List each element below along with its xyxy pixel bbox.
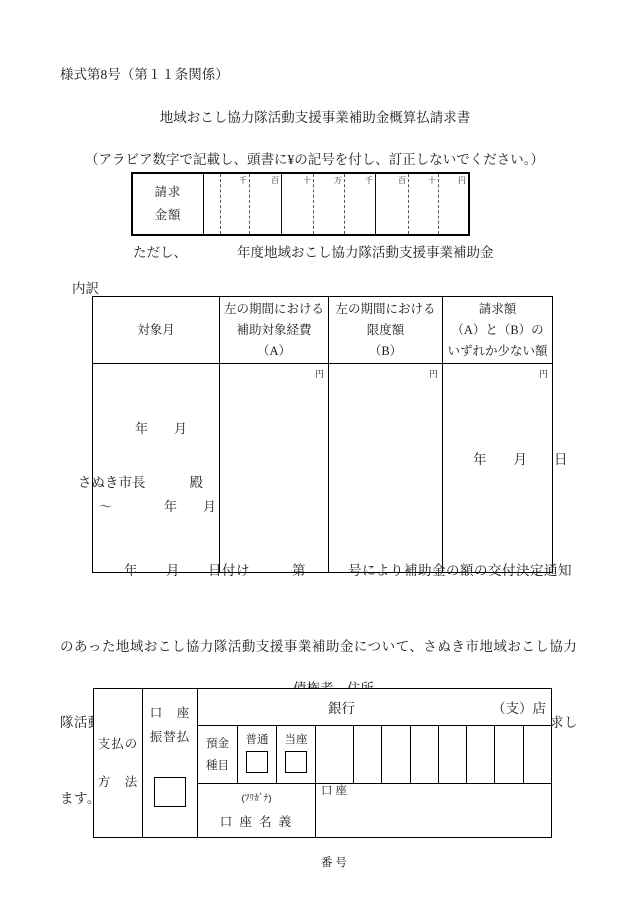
digit-unit-label: 万 (334, 175, 342, 186)
account-digit-cell[interactable] (495, 726, 523, 783)
current-checkbox[interactable] (285, 751, 307, 773)
transfer-label-line1: 口 座 (143, 701, 197, 725)
date-line: 年 月 日 (473, 448, 568, 468)
bank-details-section: 銀行 （支）店 預金 種目 普通 当座 口 座 番 号 (198, 689, 551, 837)
digit-unit-label: 十 (428, 175, 436, 186)
account-digit-cell[interactable] (354, 726, 382, 783)
transfer-checkbox[interactable] (154, 777, 186, 807)
method-label-line2: 方 法 (98, 763, 139, 801)
addressee-line: さぬき市長殿 (78, 471, 203, 491)
payment-method-table: 支払の 方 法 口 座 振替払 銀行 （支）店 預金 種目 普通 (93, 688, 552, 838)
addressee-name: さぬき市長 (78, 475, 146, 490)
amount-digit-cell[interactable]: 千 (344, 174, 375, 234)
addressee-honorific: 殿 (190, 475, 204, 490)
deposit-type-label: 預金 種目 (198, 726, 238, 783)
account-digit-cell[interactable] (439, 726, 467, 783)
transfer-label-line2: 振替払 (143, 725, 197, 749)
instruction-note: （アラビア数字で記載し、頭書に¥の記号を付し、訂正しないでください。） (85, 148, 544, 168)
account-transfer-column: 口 座 振替払 (143, 689, 198, 837)
account-name-label: 口 座 名 義 (198, 812, 315, 830)
ordinary-checkbox[interactable] (246, 751, 268, 773)
amount-digit-cell[interactable]: 万 (313, 174, 344, 234)
header-target-month: 対象月 (93, 297, 220, 364)
breakdown-section-label: 内訳 (72, 277, 99, 297)
account-digit-cell[interactable] (467, 726, 495, 783)
method-label-line1: 支払の (98, 725, 139, 763)
furigana-label: (ﾌﾘｶﾞﾅ) (198, 790, 315, 804)
account-no-line2: 番 号 (321, 851, 353, 875)
account-digit-cell[interactable] (411, 726, 439, 783)
request-form-document: 様式第8号（第１１条関係） 地域おこし協力隊活動支援事業補助金概算払請求書 （ア… (0, 0, 630, 903)
yen-unit-label: 円 (539, 367, 548, 380)
account-digit-cell[interactable] (524, 726, 551, 783)
branch-label: （支）店 (492, 697, 551, 717)
deposit-type-line2: 種目 (198, 755, 237, 777)
digit-unit-label: 千 (365, 175, 373, 186)
proviso-text: 年度地域おこし協力隊活動支援事業補助金 (237, 245, 494, 260)
ordinary-account-cell: 普通 (238, 726, 277, 783)
proviso-line: ただし、年度地域おこし協力隊活動支援事業補助金 (133, 241, 494, 261)
amount-digit-cell[interactable]: 千 (220, 174, 249, 234)
amount-digit-cell[interactable]: 百 (249, 174, 281, 234)
header-limit-amount: 左の期間における 限度額 （B） (329, 297, 443, 364)
digit-unit-label: 千 (239, 175, 247, 186)
amount-row-label: 請求 金額 (133, 174, 204, 234)
amount-label-line1: 請求 (154, 181, 181, 204)
page-title: 地域おこし協力隊活動支援事業補助金概算払請求書 (0, 106, 630, 126)
header-request-amount: 請求額 （A）と（B）の いずれか少ない額 (443, 297, 553, 364)
yen-unit-label: 円 (429, 367, 438, 380)
deposit-type-line1: 預金 (198, 733, 237, 755)
account-number-label: 口 座 番 号 (316, 726, 354, 783)
current-label: 当座 (277, 731, 315, 747)
digit-unit-label: 百 (271, 175, 279, 186)
bank-name-row[interactable]: 銀行 （支）店 (198, 689, 551, 726)
digit-unit-label: 円 (458, 175, 466, 186)
form-number: 様式第8号（第１１条関係） (60, 63, 229, 83)
header-subsidy-expense: 左の期間における 補助対象経費 （A） (220, 297, 329, 364)
amount-digit-cell[interactable]: 円 (438, 174, 468, 234)
amount-digit-cell[interactable] (204, 174, 220, 234)
body-line: 年 月 日付け 第 号により補助金の額の交付決定通知 (60, 558, 580, 583)
period-line1: 年 月 (93, 416, 219, 442)
amount-digit-columns: 千百十万千百十円 (204, 174, 468, 234)
account-number-digits (354, 726, 551, 783)
account-name-label-cell: (ﾌﾘｶﾞﾅ) 口 座 名 義 (198, 784, 316, 837)
digit-unit-label: 十 (303, 175, 311, 186)
amount-digit-cell[interactable]: 百 (375, 174, 408, 234)
account-digit-cell[interactable] (382, 726, 410, 783)
payment-method-label: 支払の 方 法 (94, 689, 143, 837)
digit-unit-label: 百 (398, 175, 406, 186)
account-name-row: (ﾌﾘｶﾞﾅ) 口 座 名 義 (198, 784, 551, 837)
bank-label: 銀行 (328, 697, 355, 717)
yen-unit-label: 円 (315, 367, 324, 380)
amount-digit-cell[interactable]: 十 (281, 174, 313, 234)
amount-digit-cell[interactable]: 十 (408, 174, 438, 234)
ordinary-label: 普通 (238, 731, 276, 747)
amount-label-line2: 金額 (154, 204, 181, 227)
breakdown-header-row: 対象月 左の期間における 補助対象経費 （A） 左の期間における 限度額 （B）… (93, 297, 553, 364)
current-account-cell: 当座 (277, 726, 316, 783)
account-detail-row: 預金 種目 普通 当座 口 座 番 号 (198, 726, 551, 784)
proviso-prefix: ただし、 (133, 245, 187, 260)
account-name-input-cell[interactable] (316, 784, 551, 837)
amount-table: 請求 金額 千百十万千百十円 (131, 172, 470, 236)
